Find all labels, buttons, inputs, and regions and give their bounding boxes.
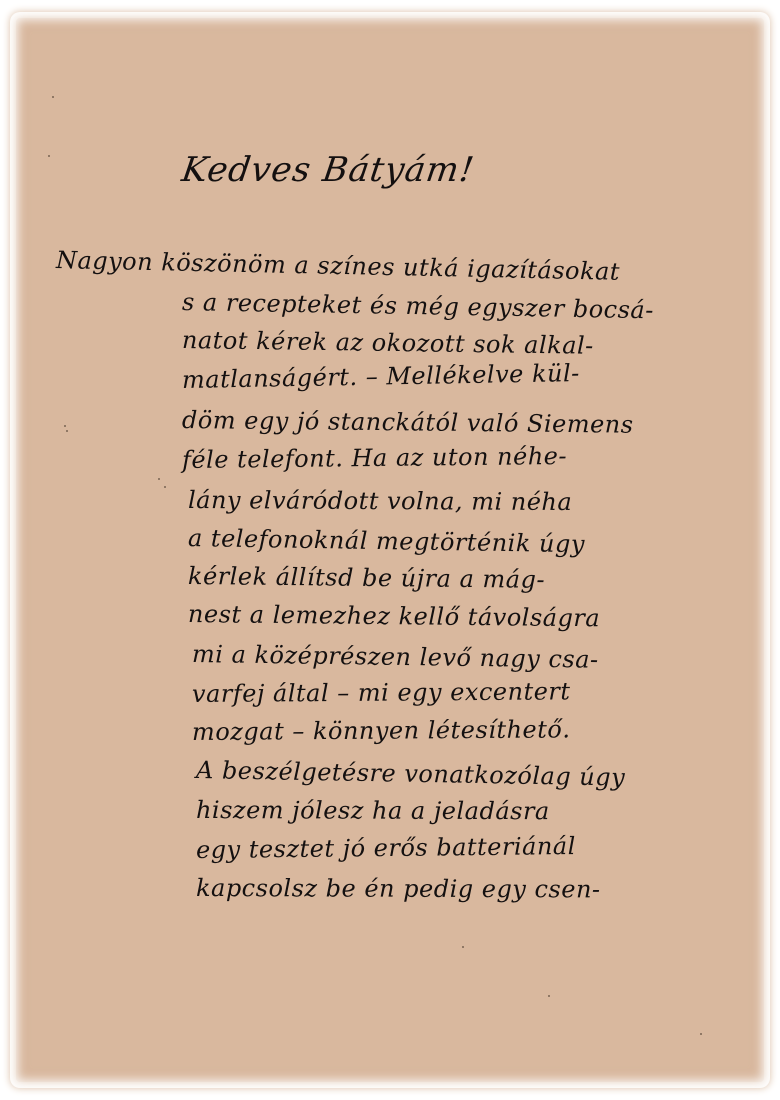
letter-line: féle telefont. Ha az uton néhe- bbox=[182, 442, 567, 474]
letter-line: Nagyon köszönöm a színes utká igazítások… bbox=[56, 246, 621, 286]
ink-speck bbox=[48, 155, 50, 157]
ink-speck bbox=[64, 425, 66, 427]
letter-line: mi a középrészen levő nagy csa- bbox=[192, 640, 599, 674]
letter-line: s a recepteket és még egyszer bocsá- bbox=[182, 288, 654, 324]
letter-line: hiszem jólesz ha a jeladásra bbox=[196, 796, 550, 825]
letter-line: A beszélgetésre vonatkozólag úgy bbox=[196, 756, 626, 791]
letter-line: döm egy jó stanckától való Siemens bbox=[182, 406, 634, 439]
letter-line: kapcsolsz be én pedig egy csen- bbox=[196, 874, 601, 903]
letter-line: lány elváródott volna, mi néha bbox=[188, 486, 572, 516]
letter-line: kérlek állítsd be újra a mág- bbox=[188, 562, 545, 594]
ink-speck bbox=[700, 1033, 702, 1035]
page-background: Kedves Bátyám! Nagyon köszönöm a színes … bbox=[0, 0, 780, 1100]
letter-line: a telefonoknál megtörténik úgy bbox=[188, 524, 585, 558]
letter-line: varfej által – mi egy excentert bbox=[192, 677, 571, 708]
letter-line: nest a lemezhez kellő távolságra bbox=[188, 600, 600, 632]
letter-salutation: Kedves Bátyám! bbox=[179, 150, 477, 190]
letter-line: egy tesztet jó erős batteriánál bbox=[196, 832, 576, 864]
ink-speck bbox=[462, 946, 464, 948]
letter-line: matlanságért. – Mellékelve kül- bbox=[182, 359, 580, 394]
ink-speck bbox=[52, 96, 54, 98]
ink-speck bbox=[548, 995, 550, 997]
letter-line: mozgat – könnyen létesíthető. bbox=[192, 715, 571, 746]
ink-speck bbox=[164, 486, 166, 488]
ink-speck bbox=[66, 430, 68, 432]
letter-line: natot kérek az okozott sok alkal- bbox=[182, 326, 594, 360]
ink-speck bbox=[158, 478, 160, 480]
handwritten-letter: Kedves Bátyám! Nagyon köszönöm a színes … bbox=[0, 0, 780, 1100]
